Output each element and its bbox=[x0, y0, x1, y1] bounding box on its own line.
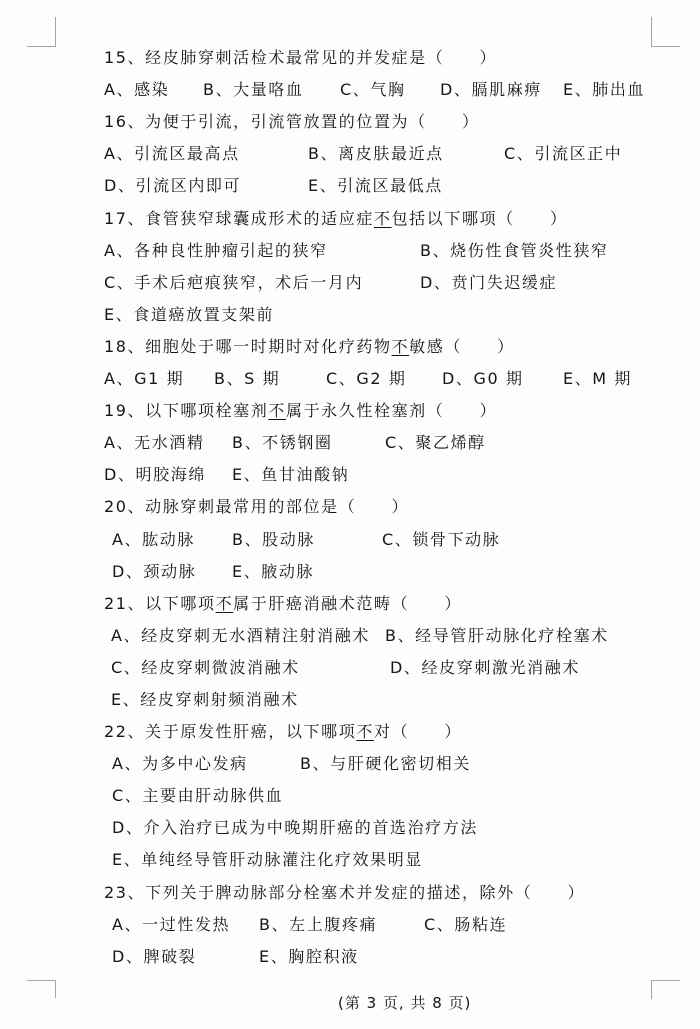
exam-page: 15、经皮肺穿刺活检术最常见的并发症是（ ） A、感染B、大量咯血C、气胸D、膈… bbox=[0, 0, 700, 1029]
question-18-stem-text-tail: 敏感（ ） bbox=[409, 337, 515, 356]
question-21-stem-underlined: 不 bbox=[216, 594, 234, 613]
option-17-c: C、手术后疤痕狭窄，术后一月内 bbox=[104, 273, 363, 293]
question-22-options-row-2: C、主要由肝动脉供血 bbox=[0, 786, 700, 808]
question-17-stem: 17、食管狭窄球囊成形术的适应症不包括以下哪项（ ） bbox=[104, 209, 568, 231]
option-15-c: C、气胸 bbox=[340, 80, 406, 100]
question-19-stem-text-tail: 属于永久性栓塞剂（ ） bbox=[286, 401, 497, 420]
option-21-a: A、经皮穿刺无水酒精注射消融术 bbox=[111, 626, 370, 646]
crop-mark-top-left bbox=[27, 17, 56, 47]
question-21-stem-text: 21、以下哪项 bbox=[104, 594, 216, 613]
question-17-stem-underlined: 不 bbox=[374, 209, 392, 228]
option-20-e: E、腋动脉 bbox=[232, 562, 314, 582]
option-20-d: D、颈动脉 bbox=[112, 562, 196, 582]
question-15-options-row-1: A、感染B、大量咯血C、气胸D、膈肌麻痹E、肺出血 bbox=[0, 80, 700, 102]
option-15-d: D、膈肌麻痹 bbox=[440, 80, 542, 100]
option-23-a: A、一过性发热 bbox=[112, 915, 230, 935]
question-19-stem: 19、以下哪项栓塞剂不属于永久性栓塞剂（ ） bbox=[104, 401, 497, 423]
option-19-b: B、不锈钢圈 bbox=[232, 433, 333, 453]
crop-mark-top-right bbox=[651, 17, 680, 47]
question-18-stem-underlined: 不 bbox=[392, 337, 410, 356]
option-16-d: D、引流区内即可 bbox=[104, 176, 241, 196]
option-19-a: A、无水酒精 bbox=[104, 433, 205, 453]
question-20-stem-text: 20、动脉穿刺最常用的部位是（ ） bbox=[104, 497, 409, 516]
option-22-d: D、介入治疗已成为中晚期肝癌的首选治疗方法 bbox=[112, 818, 478, 838]
option-17-a: A、各种良性肿瘤引起的狭窄 bbox=[104, 241, 328, 261]
question-23-options-row-2: D、脾破裂E、胸腔积液 bbox=[0, 947, 700, 969]
question-20-options-row-1: A、肱动脉B、股动脉C、锁骨下动脉 bbox=[0, 530, 700, 552]
page-number-footer: (第 3 页, 共 8 页) bbox=[338, 992, 471, 1013]
option-19-c: C、聚乙烯醇 bbox=[385, 433, 486, 453]
option-17-d: D、贲门失迟缓症 bbox=[420, 273, 557, 293]
crop-mark-bottom-right bbox=[651, 980, 680, 999]
question-22-options-row-1: A、为多中心发病B、与肝硬化密切相关 bbox=[0, 754, 700, 776]
question-16-stem: 16、为便于引流，引流管放置的位置为（ ） bbox=[104, 112, 480, 134]
option-22-c: C、主要由肝动脉供血 bbox=[112, 786, 283, 806]
question-16-options-row-2: D、引流区内即可E、引流区最低点 bbox=[0, 176, 700, 198]
option-16-e: E、引流区最低点 bbox=[308, 176, 443, 196]
question-15-stem-text: 15、经皮肺穿刺活检术最常见的并发症是（ ） bbox=[104, 48, 497, 67]
question-19-options-row-1: A、无水酒精B、不锈钢圈C、聚乙烯醇 bbox=[0, 433, 700, 455]
crop-mark-bottom-left bbox=[27, 980, 56, 998]
question-17-stem-text: 17、食管狭窄球囊成形术的适应症 bbox=[104, 209, 374, 228]
option-19-d: D、明胶海绵 bbox=[104, 465, 206, 485]
option-18-a: A、G1 期 bbox=[104, 369, 184, 389]
question-17-options-row-3: E、食道癌放置支架前 bbox=[0, 305, 700, 327]
question-22-stem-text-tail: 对（ ） bbox=[374, 722, 462, 741]
question-22-options-row-3: D、介入治疗已成为中晚期肝癌的首选治疗方法 bbox=[0, 818, 700, 840]
option-23-b: B、左上腹疼痛 bbox=[259, 915, 377, 935]
option-18-c: C、G2 期 bbox=[326, 369, 406, 389]
option-18-b: B、S 期 bbox=[214, 369, 280, 389]
option-20-a: A、肱动脉 bbox=[112, 530, 195, 550]
question-16-stem-text: 16、为便于引流，引流管放置的位置为（ ） bbox=[104, 112, 480, 131]
option-20-c: C、锁骨下动脉 bbox=[382, 530, 500, 550]
question-23-options-row-1: A、一过性发热B、左上腹疼痛C、肠粘连 bbox=[0, 915, 700, 937]
question-23-stem-text: 23、下列关于脾动脉部分栓塞术并发症的描述，除外（ ） bbox=[104, 883, 585, 902]
option-23-d: D、脾破裂 bbox=[112, 947, 196, 967]
option-19-e: E、鱼甘油酸钠 bbox=[232, 465, 349, 485]
option-16-b: B、离皮肤最近点 bbox=[308, 144, 444, 164]
option-21-e: E、经皮穿刺射频消融术 bbox=[111, 690, 299, 710]
question-22-options-row-4: E、单纯经导管肝动脉灌注化疗效果明显 bbox=[0, 850, 700, 872]
question-22-stem-text: 22、关于原发性肝癌，以下哪项 bbox=[104, 722, 356, 741]
option-16-c: C、引流区正中 bbox=[504, 144, 622, 164]
option-23-c: C、肠粘连 bbox=[424, 915, 507, 935]
option-22-b: B、与肝硬化密切相关 bbox=[300, 754, 471, 774]
question-19-options-row-2: D、明胶海绵E、鱼甘油酸钠 bbox=[0, 465, 700, 487]
option-22-a: A、为多中心发病 bbox=[112, 754, 248, 774]
option-20-b: B、股动脉 bbox=[232, 530, 315, 550]
question-21-stem: 21、以下哪项不属于肝癌消融术范畴（ ） bbox=[104, 594, 462, 616]
question-15-stem: 15、经皮肺穿刺活检术最常见的并发症是（ ） bbox=[104, 48, 497, 70]
question-22-stem: 22、关于原发性肝癌，以下哪项不对（ ） bbox=[104, 722, 462, 744]
question-23-stem: 23、下列关于脾动脉部分栓塞术并发症的描述，除外（ ） bbox=[104, 883, 585, 905]
option-18-d: D、G0 期 bbox=[442, 369, 524, 389]
option-18-e: E、M 期 bbox=[563, 369, 632, 389]
option-16-a: A、引流区最高点 bbox=[104, 144, 240, 164]
option-21-c: C、经皮穿刺微波消融术 bbox=[111, 658, 300, 678]
question-20-options-row-2: D、颈动脉E、腋动脉 bbox=[0, 562, 700, 584]
option-17-e: E、食道癌放置支架前 bbox=[104, 305, 274, 325]
question-22-stem-underlined: 不 bbox=[356, 722, 374, 741]
question-17-stem-text-tail: 包括以下哪项（ ） bbox=[392, 209, 568, 228]
option-22-e: E、单纯经导管肝动脉灌注化疗效果明显 bbox=[112, 850, 423, 870]
question-20-stem: 20、动脉穿刺最常用的部位是（ ） bbox=[104, 497, 409, 519]
question-17-options-row-1: A、各种良性肿瘤引起的狭窄B、烧伤性食管炎性狭窄 bbox=[0, 241, 700, 263]
question-21-options-row-1: A、经皮穿刺无水酒精注射消融术B、经导管肝动脉化疗栓塞术 bbox=[0, 626, 700, 648]
option-21-b: B、经导管肝动脉化疗栓塞术 bbox=[385, 626, 609, 646]
option-15-b: B、大量咯血 bbox=[203, 80, 304, 100]
question-16-options-row-1: A、引流区最高点B、离皮肤最近点C、引流区正中 bbox=[0, 144, 700, 166]
option-15-a: A、感染 bbox=[104, 80, 169, 100]
question-21-stem-text-tail: 属于肝癌消融术范畴（ ） bbox=[233, 594, 462, 613]
question-18-stem-text: 18、细胞处于哪一时期时对化疗药物 bbox=[104, 337, 392, 356]
option-15-e: E、肺出血 bbox=[563, 80, 645, 100]
option-21-d: D、经皮穿刺激光消融术 bbox=[390, 658, 580, 678]
question-18-options-row-1: A、G1 期B、S 期C、G2 期D、G0 期E、M 期 bbox=[0, 369, 700, 391]
question-17-options-row-2: C、手术后疤痕狭窄，术后一月内D、贲门失迟缓症 bbox=[0, 273, 700, 295]
question-21-options-row-3: E、经皮穿刺射频消融术 bbox=[0, 690, 700, 712]
option-23-e: E、胸腔积液 bbox=[259, 947, 359, 967]
option-17-b: B、烧伤性食管炎性狭窄 bbox=[420, 241, 609, 261]
question-19-stem-underlined: 不 bbox=[268, 401, 286, 420]
question-19-stem-text: 19、以下哪项栓塞剂 bbox=[104, 401, 268, 420]
question-21-options-row-2: C、经皮穿刺微波消融术D、经皮穿刺激光消融术 bbox=[0, 658, 700, 680]
question-18-stem: 18、细胞处于哪一时期时对化疗药物不敏感（ ） bbox=[104, 337, 515, 359]
